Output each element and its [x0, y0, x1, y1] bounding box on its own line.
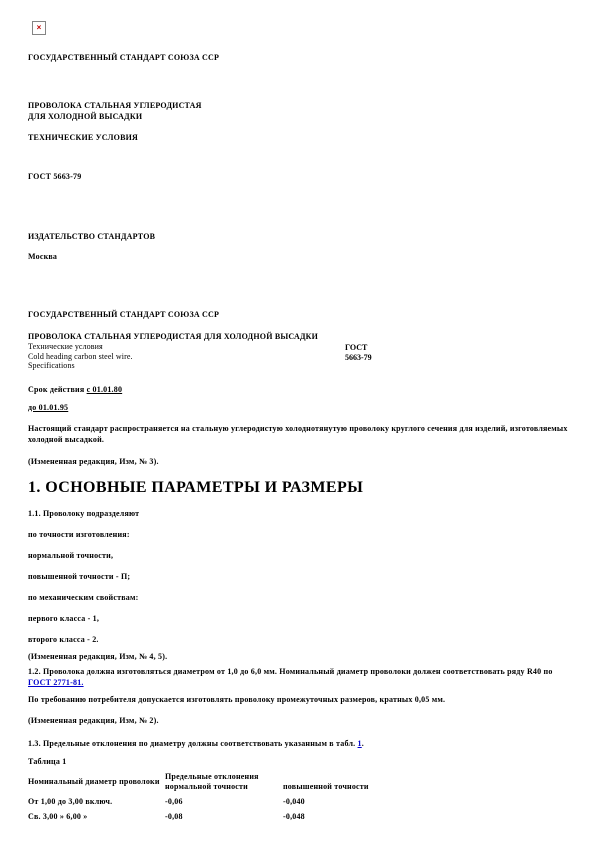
cell-high-tolerance: -0,040: [283, 792, 369, 807]
document-page: × ГОСУДАРСТВЕННЫЙ СТАНДАРТ СОЮЗА ССР ПРО…: [0, 0, 595, 842]
amendment-note-2: (Измененная редакция, Изм, № 2).: [28, 715, 573, 726]
amendment-note-3: (Измененная редакция, Изм, № 3).: [28, 456, 573, 467]
list-item: по механическим свойствам:: [28, 592, 573, 603]
list-item: второго класса - 2.: [28, 634, 573, 645]
publisher-name: ИЗДАТЕЛЬСТВО СТАНДАРТОВ: [28, 231, 573, 242]
cell-normal-tolerance: -0,06: [165, 792, 283, 807]
doc-subtitle-ru: Технические условия: [28, 342, 573, 352]
table-header-row: Номинальный диаметр проволоки Предельные…: [28, 772, 369, 782]
publisher-city: Москва: [28, 251, 573, 262]
standard-header-block: ПРОВОЛОКА СТАЛЬНАЯ УГЛЕРОДИСТАЯ ДЛЯ ХОЛО…: [28, 331, 573, 371]
clause-1-3-period: .: [362, 739, 364, 748]
col-header-high-accuracy: повышенной точности: [283, 782, 369, 792]
doc-subtitle-en1: Cold heading carbon steel wire.: [28, 352, 573, 362]
cover-org-title: ГОСУДАРСТВЕННЫЙ СТАНДАРТ СОЮЗА ССР: [28, 52, 573, 63]
gost-number-block: ГОСТ 5663-79: [345, 343, 372, 362]
list-item: повышенной точности - П;: [28, 571, 573, 582]
col-header-normal-accuracy: нормальной точности: [165, 782, 283, 792]
validity-from-date: с 01.01.80: [87, 385, 123, 394]
cover-standard-number: ГОСТ 5663-79: [28, 171, 573, 182]
list-item: по точности изготовления:: [28, 529, 573, 540]
validity-label: Срок действия: [28, 385, 84, 394]
validity-line: Срок действия с 01.01.80: [28, 384, 573, 395]
cover-doc-title-line1: ПРОВОЛОКА СТАЛЬНАЯ УГЛЕРОДИСТАЯ: [28, 101, 202, 110]
cell-normal-tolerance: -0,08: [165, 807, 283, 822]
broken-image-x-glyph: ×: [37, 24, 42, 32]
cover-doc-title-line2: ДЛЯ ХОЛОДНОЙ ВЫСАДКИ: [28, 112, 142, 121]
amendment-note-4-5: (Измененная редакция, Изм, № 4, 5).: [28, 651, 573, 662]
gost-label: ГОСТ: [345, 343, 372, 353]
cover-subtitle: ТЕХНИЧЕСКИЕ УСЛОВИЯ: [28, 132, 573, 143]
gost-2771-link[interactable]: ГОСТ 2771-81.: [28, 678, 84, 687]
doc-title: ПРОВОЛОКА СТАЛЬНАЯ УГЛЕРОДИСТАЯ ДЛЯ ХОЛО…: [28, 331, 573, 342]
validity-to-date: до 01.01.95: [28, 403, 68, 412]
clause-1-2-text: 1.2. Проволока должна изготовляться диам…: [28, 667, 553, 676]
header-org-title: ГОСУДАРСТВЕННЫЙ СТАНДАРТ СОЮЗА ССР: [28, 309, 573, 320]
section-1-heading: 1. ОСНОВНЫЕ ПАРАМЕТРЫ И РАЗМЕРЫ: [28, 478, 573, 497]
cell-diameter-range: От 1,00 до 3,00 включ.: [28, 792, 165, 807]
cover-doc-title: ПРОВОЛОКА СТАЛЬНАЯ УГЛЕРОДИСТАЯ ДЛЯ ХОЛО…: [28, 100, 573, 122]
scope-paragraph: Настоящий стандарт распространяется на с…: [28, 423, 573, 445]
clause-1-1: 1.1. Проволоку подразделяют: [28, 508, 573, 519]
cell-diameter-range: Св. 3,00 » 6,00 »: [28, 807, 165, 822]
table-row: Св. 3,00 » 6,00 » -0,08 -0,048: [28, 807, 369, 822]
broken-image-icon: ×: [32, 21, 46, 35]
list-item: первого класса - 1,: [28, 613, 573, 624]
validity-to-line: до 01.01.95: [28, 402, 573, 413]
col-header-diameter: Номинальный диаметр проволоки: [28, 772, 165, 792]
cell-high-tolerance: -0,048: [283, 807, 369, 822]
tolerance-table: Номинальный диаметр проволоки Предельные…: [28, 772, 369, 822]
col-group-header-deviations: Предельные отклонения: [165, 772, 369, 782]
table-row: От 1,00 до 3,00 включ. -0,06 -0,040: [28, 792, 369, 807]
clause-1-2b: По требованию потребителя допускается из…: [28, 694, 573, 705]
list-item: нормальной точности,: [28, 550, 573, 561]
clause-1-3: 1.3. Предельные отклонения по диаметру д…: [28, 738, 573, 749]
table-caption: Таблица 1: [28, 756, 573, 767]
gost-number: 5663-79: [345, 353, 372, 363]
clause-1-2: 1.2. Проволока должна изготовляться диам…: [28, 666, 573, 688]
clause-1-3-text: 1.3. Предельные отклонения по диаметру д…: [28, 739, 355, 748]
doc-subtitle-en2: Specifications: [28, 361, 573, 371]
